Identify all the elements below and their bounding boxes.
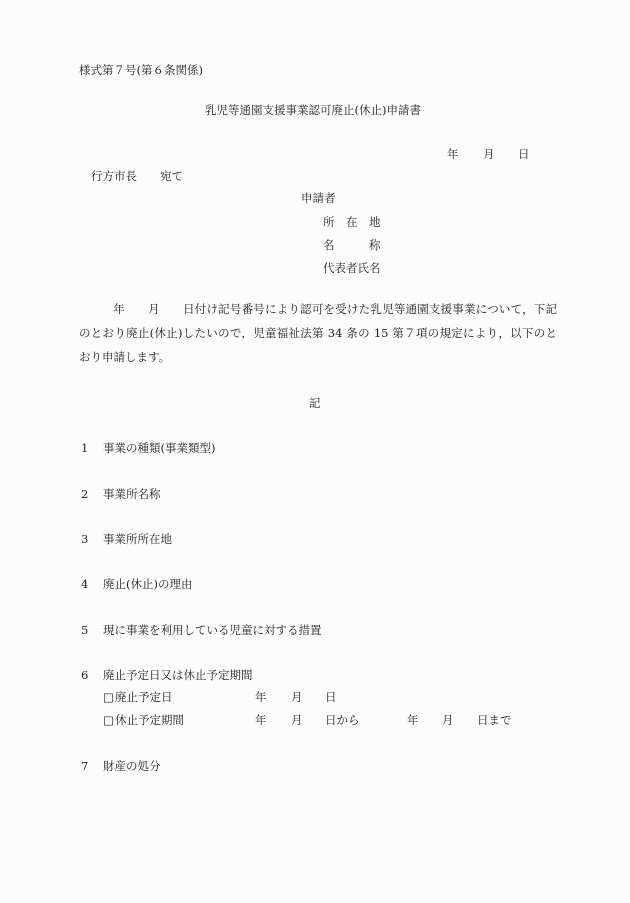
abolition-month-label: 月 — [291, 689, 303, 705]
abolition-label: 廃止予定日 — [115, 689, 173, 705]
item-3-number: 3 — [81, 531, 88, 547]
ki-heading: 記 — [309, 395, 321, 411]
body-paragraph: 年月日付け記号番号により認可を受けた乳児等通園支援事業について，下記のとおり廃止… — [79, 297, 557, 369]
abolition-day-label: 日 — [325, 689, 337, 705]
suspension-label: 休止予定期間 — [115, 712, 184, 728]
item-4-label: 廃止(休止)の理由 — [103, 576, 192, 592]
suspension-until-label: 日まで — [477, 712, 512, 728]
applicant-heading: 申請者 — [301, 190, 336, 206]
suspension-start-year-label: 年 — [255, 712, 267, 728]
item-5-number: 5 — [81, 622, 88, 638]
document-title: 乳児等通園支援事業認可廃止(休止)申請書 — [205, 102, 421, 118]
item-1-label: 事業の種類(事業類型) — [103, 440, 215, 456]
item-2-label: 事業所名称 — [103, 486, 161, 502]
item-3-label: 事業所所在地 — [103, 531, 172, 547]
body-year-label: 年 — [113, 302, 125, 316]
suspension-start-month-label: 月 — [291, 712, 303, 728]
item-4-number: 4 — [81, 576, 88, 592]
item-2-number: 2 — [81, 486, 88, 502]
applicant-address-label: 所 在 地 — [323, 214, 381, 230]
suspension-end-year-label: 年 — [407, 712, 419, 728]
body-month-label: 月 — [148, 302, 160, 316]
suspension-checkbox[interactable]: □ — [103, 712, 114, 728]
form-number: 様式第７号(第６条関係) — [79, 62, 203, 78]
abolition-year-label: 年 — [255, 689, 267, 705]
suspension-from-label: 日から — [325, 712, 360, 728]
applicant-representative-label: 代表者氏名 — [323, 260, 381, 276]
item-6-number: 6 — [81, 667, 88, 683]
applicant-name-label: 名 称 — [323, 237, 381, 253]
abolition-checkbox[interactable]: □ — [103, 689, 114, 705]
item-1-number: 1 — [81, 440, 88, 456]
date-day-label: 日 — [518, 146, 530, 162]
item-6-label: 廃止予定日又は休止予定期間 — [103, 667, 253, 683]
item-7-label: 財産の処分 — [103, 758, 161, 774]
suspension-end-month-label: 月 — [442, 712, 454, 728]
addressee-name: 行方市長 — [91, 168, 137, 184]
addressee-suffix: 宛て — [160, 168, 183, 184]
date-year-label: 年 — [447, 146, 459, 162]
item-5-label: 現に事業を利用している児童に対する措置 — [103, 622, 322, 638]
item-7-number: 7 — [81, 758, 88, 774]
date-month-label: 月 — [483, 146, 495, 162]
